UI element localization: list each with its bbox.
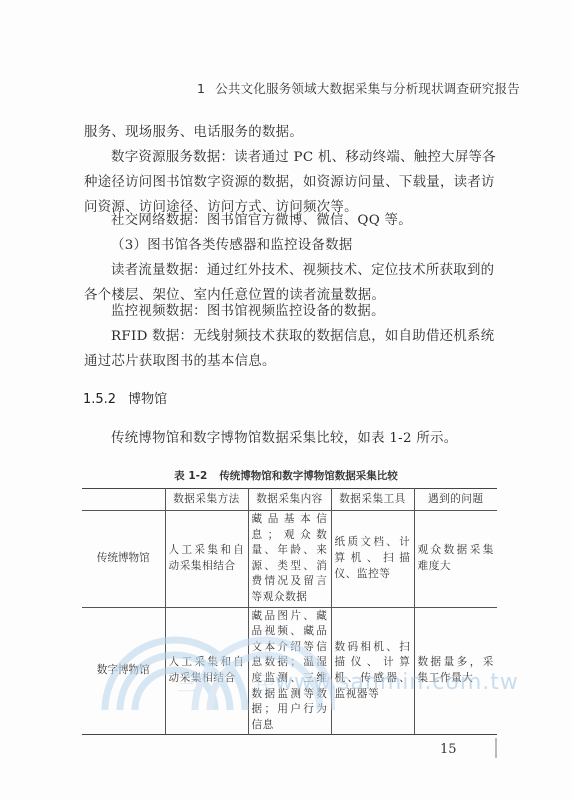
paragraph-surveillance-data: 监控视频数据：图书馆视频监控设备的数据。 bbox=[84, 299, 504, 324]
cell-method: 人工采集和自动采集相结合 bbox=[165, 511, 248, 608]
table-caption-number: 表 1-2 bbox=[174, 470, 207, 482]
row-label: 数字博物馆 bbox=[82, 607, 165, 735]
table-header-content: 数据采集内容 bbox=[248, 489, 331, 511]
table-header-problems: 遇到的问题 bbox=[414, 489, 497, 511]
paragraph-social-network-data: 社交网络数据：图书馆官方微博、微信、QQ 等。 bbox=[84, 208, 504, 233]
table-header-row: 数据采集方法 数据采集内容 数据采集工具 遇到的问题 bbox=[82, 489, 497, 511]
cell-content: 藏品基本信息；观众数量、年龄、来源、类型、消费情况及留言等观众数据 bbox=[248, 511, 331, 608]
cell-problems: 观众数据采集难度大 bbox=[414, 511, 497, 608]
chapter-number: 1 bbox=[197, 81, 205, 96]
chapter-title: 公共文化服务领域大数据采集与分析现状调查研究报告 bbox=[215, 81, 520, 96]
cell-method: 人工采集和自动采集相结合 bbox=[165, 607, 248, 735]
paragraph-sensor-heading: （3）图书馆各类传感器和监控设备数据 bbox=[84, 233, 504, 258]
cell-problems: 数据量多，采集工作量大 bbox=[414, 607, 497, 735]
table-header-blank bbox=[82, 489, 165, 511]
table-header-method: 数据采集方法 bbox=[165, 489, 248, 511]
cell-content: 藏品图片、藏品视频、藏品文本介绍等信息数据；温湿度监测、三维数据监测等数据；用户… bbox=[248, 607, 331, 735]
paragraph-rfid-data: RFID 数据：无线射频技术获取的数据信息，如自助借还机系统通过芯片获取图书的基… bbox=[84, 324, 504, 374]
page-number: 15 bbox=[440, 742, 457, 757]
table-caption: 表 1-2传统博物馆和数字博物馆数据采集比较 bbox=[0, 468, 572, 483]
paragraph-table-intro: 传统博物馆和数字博物馆数据采集比较，如表 1-2 所示。 bbox=[84, 426, 504, 451]
row-label: 传统博物馆 bbox=[82, 511, 165, 608]
table-header-tools: 数据采集工具 bbox=[331, 489, 414, 511]
table-row: 传统博物馆 人工采集和自动采集相结合 藏品基本信息；观众数量、年龄、来源、类型、… bbox=[82, 511, 497, 608]
cell-tools: 纸质文档、计算机、扫描仪、监控等 bbox=[331, 511, 414, 608]
table-caption-title: 传统博物馆和数字博物馆数据采集比较 bbox=[219, 470, 398, 482]
section-heading: 1.5.2博物馆 bbox=[83, 388, 167, 407]
section-number: 1.5.2 bbox=[83, 392, 116, 407]
paragraph-continuation: 服务、现场服务、电话服务的数据。 bbox=[84, 120, 504, 145]
cell-tools: 数码相机、扫描仪、计算机、传感器、监视器等 bbox=[331, 607, 414, 735]
table-row: 数字博物馆 人工采集和自动采集相结合 藏品图片、藏品视频、藏品文本介绍等信息数据… bbox=[82, 607, 497, 735]
comparison-table: 数据采集方法 数据采集内容 数据采集工具 遇到的问题 传统博物馆 人工采集和自动… bbox=[82, 488, 497, 735]
running-head: 1公共文化服务领域大数据采集与分析现状调查研究报告 bbox=[0, 79, 572, 97]
folio-divider bbox=[495, 738, 497, 758]
section-title: 博物馆 bbox=[128, 392, 167, 407]
